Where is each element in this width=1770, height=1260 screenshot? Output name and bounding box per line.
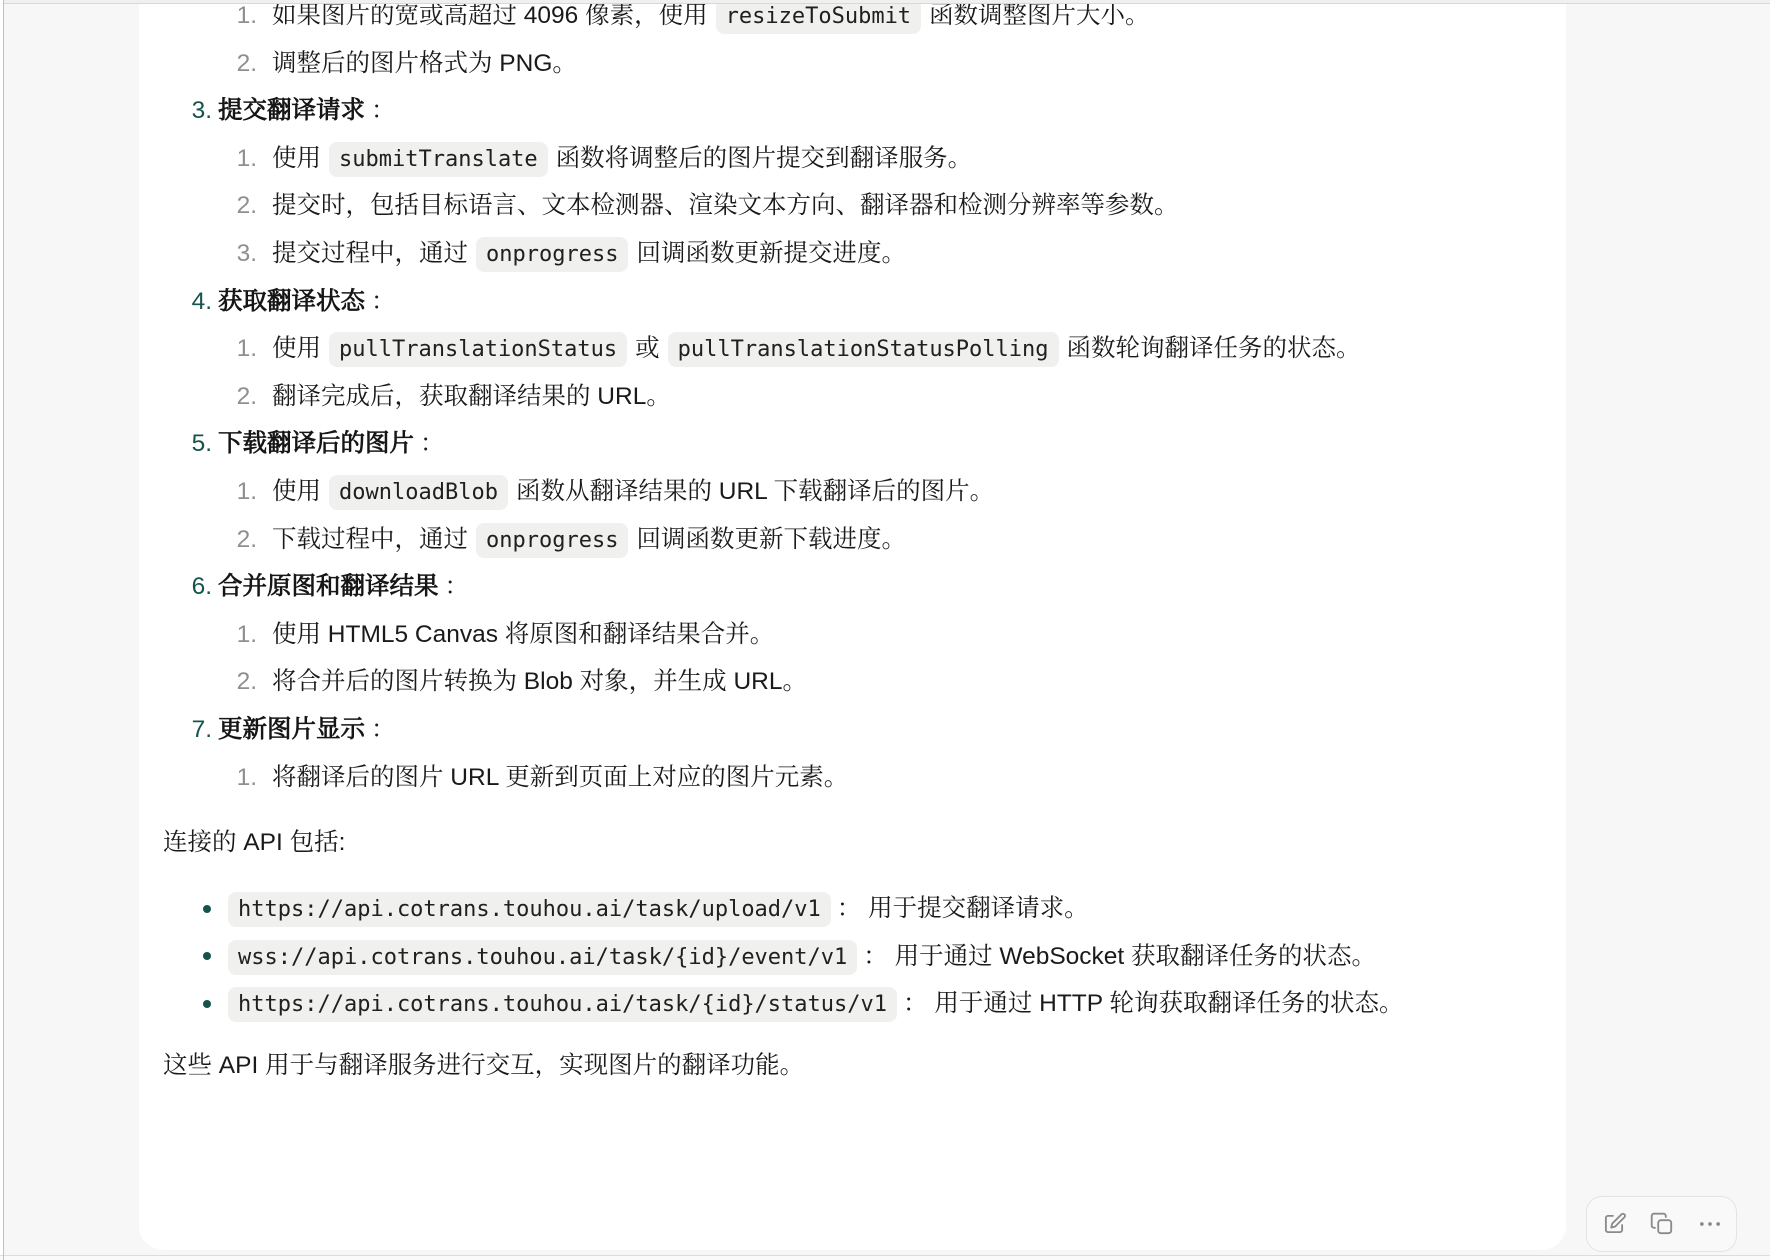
api-bullet-item: https://api.cotrans.touhou.ai/task/uploa… [163, 885, 1536, 933]
list-number: 3. [163, 230, 257, 278]
text-run: ： 用于通过 WebSocket 获取翻译任务的状态。 [863, 943, 1376, 970]
list-text: 翻译完成后，获取翻译结果的 URL。 [272, 373, 671, 421]
substep-item: 1.使用downloadBlob函数从翻译结果的 URL 下载翻译后的图片。 [163, 468, 1536, 516]
list-number: 1. [163, 611, 257, 659]
bullet-marker [163, 980, 211, 1028]
step-title: 提交翻译请求 [218, 97, 365, 124]
panel-bottom-margin [0, 1256, 1770, 1260]
inline-code: downloadBlob [329, 475, 508, 510]
inline-code: onprogress [476, 523, 628, 558]
list-number: 2. [163, 658, 257, 706]
substep-item: 2.提交时，包括目标语言、文本检测器、渲染文本方向、翻译器和检测分辨率等参数。 [163, 182, 1536, 230]
inline-code: pullTranslationStatusPolling [668, 332, 1059, 367]
more-options-icon [1697, 1211, 1723, 1237]
message-actions-toolbar [1586, 1196, 1737, 1252]
text-run: 提交时，包括目标语言、文本检测器、渲染文本方向、翻译器和检测分辨率等参数。 [272, 192, 1179, 219]
substep-item: 1.使用 HTML5 Canvas 将原图和翻译结果合并。 [163, 611, 1536, 659]
step-title-colon: ： [420, 430, 445, 457]
edit-button[interactable] [1597, 1207, 1631, 1241]
list-text: 使用downloadBlob函数从翻译结果的 URL 下载翻译后的图片。 [272, 468, 994, 516]
inline-code: resizeToSubmit [716, 0, 921, 34]
more-options-button[interactable] [1693, 1207, 1727, 1241]
list-number: 2. [163, 373, 257, 421]
text-run: 函数轮询翻译任务的状态。 [1067, 335, 1361, 362]
window-left-border [3, 0, 4, 1260]
api-bullet-item: https://api.cotrans.touhou.ai/task/{id}/… [163, 980, 1536, 1028]
list-number: 1. [163, 135, 257, 183]
text-run: 函数将调整后的图片提交到翻译服务。 [556, 145, 973, 172]
step-title-colon: ： [371, 716, 396, 743]
list-number: 7. [163, 706, 212, 754]
text-run: 如果图片的宽或高超过 4096 像素，使用 [272, 2, 708, 29]
list-number: 6. [163, 563, 212, 611]
inline-code: https://api.cotrans.touhou.ai/task/uploa… [228, 892, 831, 927]
list-number: 4. [163, 278, 212, 326]
step-item: 4.获取翻译状态： [163, 278, 1536, 326]
steps-list: 1.如果图片的宽或高超过 4096 像素，使用resizeToSubmit函数调… [163, 0, 1536, 801]
list-number: 3. [163, 87, 212, 135]
text-run: 翻译完成后，获取翻译结果的 URL。 [272, 383, 671, 410]
step-title: 合并原图和翻译结果 [218, 573, 439, 600]
step-title-colon: ： [445, 573, 470, 600]
list-text: 更新图片显示： [218, 706, 396, 754]
text-run: 使用 [272, 145, 321, 172]
bullet-dot [203, 952, 211, 960]
text-run: ： 用于提交翻译请求。 [837, 895, 1089, 922]
window-top-edge [0, 0, 1770, 4]
bullet-dot [203, 1000, 211, 1008]
list-text: 调整后的图片格式为 PNG。 [272, 40, 577, 88]
inline-code: https://api.cotrans.touhou.ai/task/{id}/… [228, 987, 897, 1022]
bullet-marker [163, 885, 211, 933]
bullet-text: wss://api.cotrans.touhou.ai/task/{id}/ev… [228, 933, 1376, 981]
list-number: 1. [163, 325, 257, 373]
text-run: 将翻译后的图片 URL 更新到页面上对应的图片元素。 [272, 764, 848, 791]
list-text: 使用 HTML5 Canvas 将原图和翻译结果合并。 [272, 611, 774, 659]
step-item: 3.提交翻译请求： [163, 87, 1536, 135]
list-text: 下载翻译后的图片： [218, 420, 445, 468]
list-number: 1. [163, 468, 257, 516]
inline-code: onprogress [476, 237, 628, 272]
inline-code: submitTranslate [329, 142, 548, 177]
edit-icon [1601, 1211, 1627, 1237]
list-text: 提交翻译请求： [218, 87, 396, 135]
api-intro-paragraph: 连接的 API 包括: [163, 825, 1536, 861]
text-run: 提交过程中，通过 [272, 240, 468, 267]
text-run: 调整后的图片格式为 PNG。 [272, 50, 577, 77]
list-number: 5. [163, 420, 212, 468]
copy-button[interactable] [1645, 1207, 1679, 1241]
text-run: 函数调整图片大小。 [929, 2, 1150, 29]
text-run: 使用 [272, 478, 321, 505]
list-text: 下载过程中，通过onprogress回调函数更新下载进度。 [272, 516, 906, 564]
api-bullet-list: https://api.cotrans.touhou.ai/task/uploa… [163, 885, 1536, 1028]
text-run: 使用 [272, 335, 321, 362]
text-run: 使用 HTML5 Canvas 将原图和翻译结果合并。 [272, 621, 774, 648]
list-text: 合并原图和翻译结果： [218, 563, 469, 611]
step-title-colon: ： [371, 288, 396, 315]
bullet-dot [203, 905, 211, 913]
list-number: 1. [163, 0, 257, 40]
list-text: 将翻译后的图片 URL 更新到页面上对应的图片元素。 [272, 754, 848, 802]
list-number: 1. [163, 754, 257, 802]
substep-item: 2.调整后的图片格式为 PNG。 [163, 40, 1536, 88]
step-item: 6.合并原图和翻译结果： [163, 563, 1536, 611]
list-number: 2. [163, 516, 257, 564]
text-run: 或 [635, 335, 660, 362]
list-text: 提交时，包括目标语言、文本检测器、渲染文本方向、翻译器和检测分辨率等参数。 [272, 182, 1179, 230]
list-text: 如果图片的宽或高超过 4096 像素，使用resizeToSubmit函数调整图… [272, 0, 1150, 40]
text-run: 函数从翻译结果的 URL 下载翻译后的图片。 [516, 478, 994, 505]
list-text: 提交过程中，通过onprogress回调函数更新提交进度。 [272, 230, 906, 278]
bullet-text: https://api.cotrans.touhou.ai/task/uploa… [228, 885, 1089, 933]
substep-item: 1.将翻译后的图片 URL 更新到页面上对应的图片元素。 [163, 754, 1536, 802]
api-bullet-item: wss://api.cotrans.touhou.ai/task/{id}/ev… [163, 933, 1536, 981]
inline-code: wss://api.cotrans.touhou.ai/task/{id}/ev… [228, 940, 857, 975]
step-title: 下载翻译后的图片 [218, 430, 414, 457]
bullet-text: https://api.cotrans.touhou.ai/task/{id}/… [228, 980, 1403, 1028]
inline-code: pullTranslationStatus [329, 332, 627, 367]
footer-paragraph: 这些 API 用于与翻译服务进行交互，实现图片的翻译功能。 [163, 1048, 1536, 1084]
substep-item: 2.下载过程中，通过onprogress回调函数更新下载进度。 [163, 516, 1536, 564]
step-item: 7.更新图片显示： [163, 706, 1536, 754]
list-text: 使用pullTranslationStatus或pullTranslationS… [272, 325, 1361, 373]
text-run: 下载过程中，通过 [272, 526, 468, 553]
substep-item: 1.使用pullTranslationStatus或pullTranslatio… [163, 325, 1536, 373]
list-number: 2. [163, 40, 257, 88]
list-text: 将合并后的图片转换为 Blob 对象，并生成 URL。 [272, 658, 807, 706]
substep-item: 1.使用submitTranslate函数将调整后的图片提交到翻译服务。 [163, 135, 1536, 183]
step-item: 5.下载翻译后的图片： [163, 420, 1536, 468]
substep-item: 2.将合并后的图片转换为 Blob 对象，并生成 URL。 [163, 658, 1536, 706]
step-title-colon: ： [371, 97, 396, 124]
text-run: 回调函数更新提交进度。 [636, 240, 906, 267]
substep-item: 2.翻译完成后，获取翻译结果的 URL。 [163, 373, 1536, 421]
step-title: 更新图片显示 [218, 716, 365, 743]
step-title: 获取翻译状态 [218, 288, 365, 315]
text-run: ： 用于通过 HTTP 轮询获取翻译任务的状态。 [903, 990, 1403, 1017]
copy-icon [1649, 1211, 1675, 1237]
substep-item: 3.提交过程中，通过onprogress回调函数更新提交进度。 [163, 230, 1536, 278]
message-content: 1.如果图片的宽或高超过 4096 像素，使用resizeToSubmit函数调… [139, 0, 1566, 1084]
list-number: 2. [163, 182, 257, 230]
text-run: 将合并后的图片转换为 Blob 对象，并生成 URL。 [272, 668, 807, 695]
list-text: 获取翻译状态： [218, 278, 396, 326]
substep-item: 1.如果图片的宽或高超过 4096 像素，使用resizeToSubmit函数调… [163, 0, 1536, 40]
bullet-marker [163, 933, 211, 981]
list-text: 使用submitTranslate函数将调整后的图片提交到翻译服务。 [272, 135, 972, 183]
text-run: 回调函数更新下载进度。 [636, 526, 906, 553]
